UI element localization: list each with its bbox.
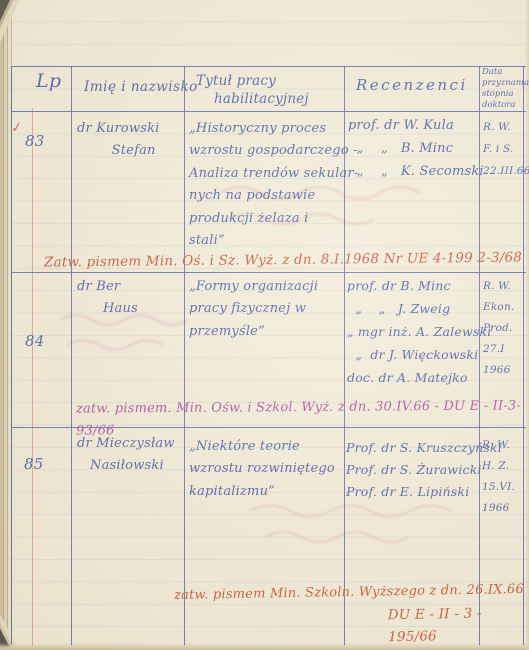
header-reviewers: Recenzenci [356,74,468,96]
register-page: Lp Imię i nazwisko Tytuł pracy habilitac… [0,0,529,650]
table-line-col-name [184,66,185,645]
row85-date: R. W. H. Z. 15.VI. 1966 [482,435,515,519]
ink-bleedthrough [245,495,495,555]
red-margin-line [32,108,33,646]
header-name: Imię i nazwisko [84,76,198,98]
margin-checkmark: ✓ [10,119,24,136]
row84-number: 84 [25,330,45,352]
row83-reviewers: prof. dr W. Kula „ „ B. Minc „ „ K. Seco… [348,114,484,183]
table-line-left [11,66,12,645]
row84-reviewers: prof. dr B. Minc „ „ J. Zweig „ mgr inż.… [347,274,491,389]
row84-title: „Formy organizacji pracy fizycznej w prz… [189,276,318,343]
header-title: Tytuł pracy habilitacyjnej [196,72,309,108]
row83-approval-note: Zatw. pismem Min. Oś. i Sz. Wyż. z dn. 8… [44,246,529,273]
header-lp: Lp [36,70,61,92]
row85-name: dr Mieczysław Nasiłowski [77,433,175,478]
row85-reviewers: Prof. dr S. Kruszczyński Prof. dr S. Żur… [346,437,502,503]
row85-title: „Niektóre teorie wzrostu rozwiniętego ka… [189,436,335,503]
table-line-header-bottom [11,111,526,112]
row84-date: R. W. Ekon. Prod. 27.I 1966 [483,276,514,381]
row83-number: 83 [25,130,45,152]
row85-number: 85 [24,453,44,475]
row83-date: R. W. F. i S. 22.III.66 [483,116,529,182]
row83-title: „Historyczny proces wzrostu gospodarczeg… [189,118,358,252]
page-corner-top-left [0,0,26,52]
row83-name: dr Kurowski Stefan [77,118,160,163]
header-date: Data przyznania stopnia doktora [482,67,529,111]
table-line-col-lp [71,66,72,645]
table-line-top [11,66,526,67]
row85-approval-note-line2: DU E - II - 3 - 195/66 [388,602,529,649]
row84-name: dr Ber Haus [77,276,138,321]
